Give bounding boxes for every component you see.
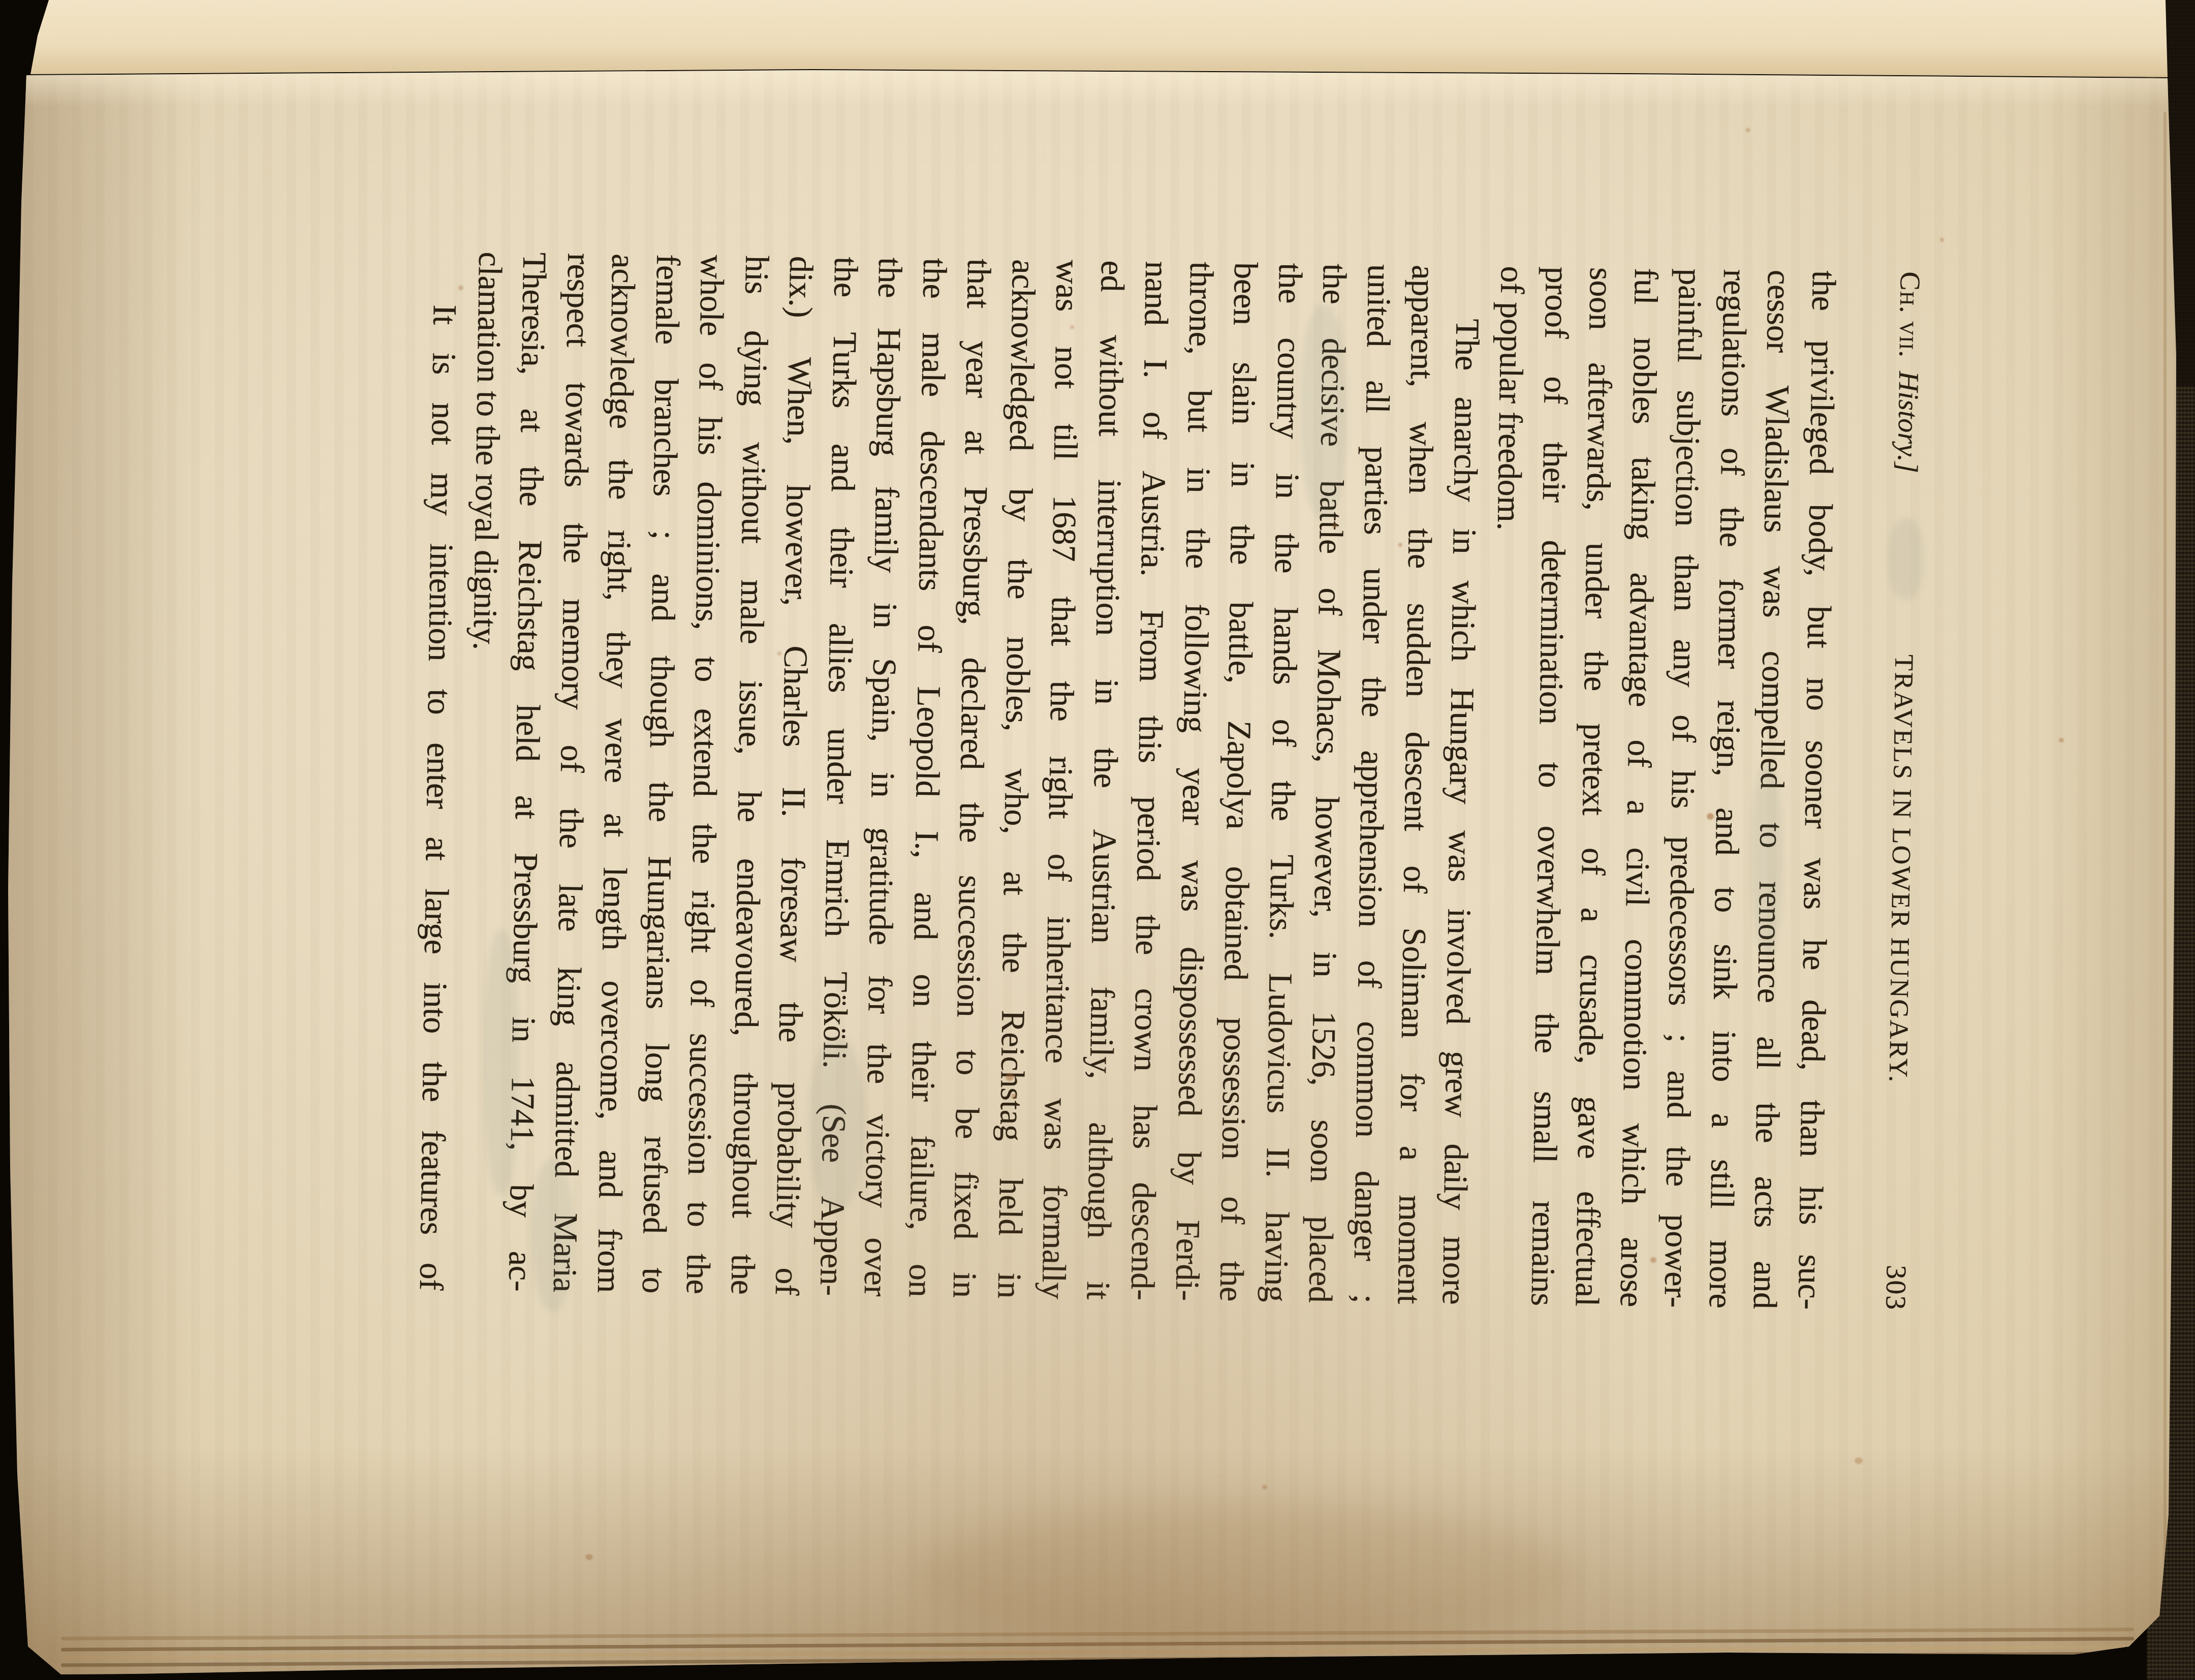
page-edge-line bbox=[61, 1637, 2134, 1651]
running-title: TRAVELS IN LOWER HUNGARY. bbox=[1883, 655, 1919, 1084]
section-label: History.] bbox=[1891, 371, 1924, 474]
page-text: the privileged body, but no sooner was h… bbox=[409, 251, 1846, 1310]
book-scan: Ch. vii.History.] TRAVELS IN LOWER HUNGA… bbox=[0, 0, 2195, 1680]
adjacent-page-edge bbox=[0, 0, 2195, 81]
page-edge-line bbox=[61, 1645, 2134, 1659]
foxing-spot bbox=[2059, 738, 2064, 742]
page-edge-line bbox=[61, 1652, 2134, 1667]
foxing-spot bbox=[1855, 1457, 1863, 1464]
damp-stain bbox=[915, 1504, 1575, 1646]
foxing-spot bbox=[1746, 128, 1750, 132]
foxing-spot bbox=[1262, 1485, 1267, 1489]
chapter-label: Ch. vii. bbox=[1893, 271, 1926, 358]
foxing-spot bbox=[1940, 238, 1944, 242]
page-edge-line-right bbox=[2163, 112, 2167, 1565]
page-content-rotated: Ch. vii.History.] TRAVELS IN LOWER HUNGA… bbox=[409, 251, 1926, 1311]
page-edge-line bbox=[61, 1628, 2134, 1640]
page-number: 303 bbox=[1879, 1265, 1912, 1311]
chapter-section-group: Ch. vii.History.] bbox=[1891, 271, 1926, 473]
foxing-spot bbox=[585, 1554, 593, 1560]
book-page: Ch. vii.History.] TRAVELS IN LOWER HUNGA… bbox=[0, 0, 2195, 1680]
running-header: Ch. vii.History.] TRAVELS IN LOWER HUNGA… bbox=[1867, 271, 1926, 1311]
